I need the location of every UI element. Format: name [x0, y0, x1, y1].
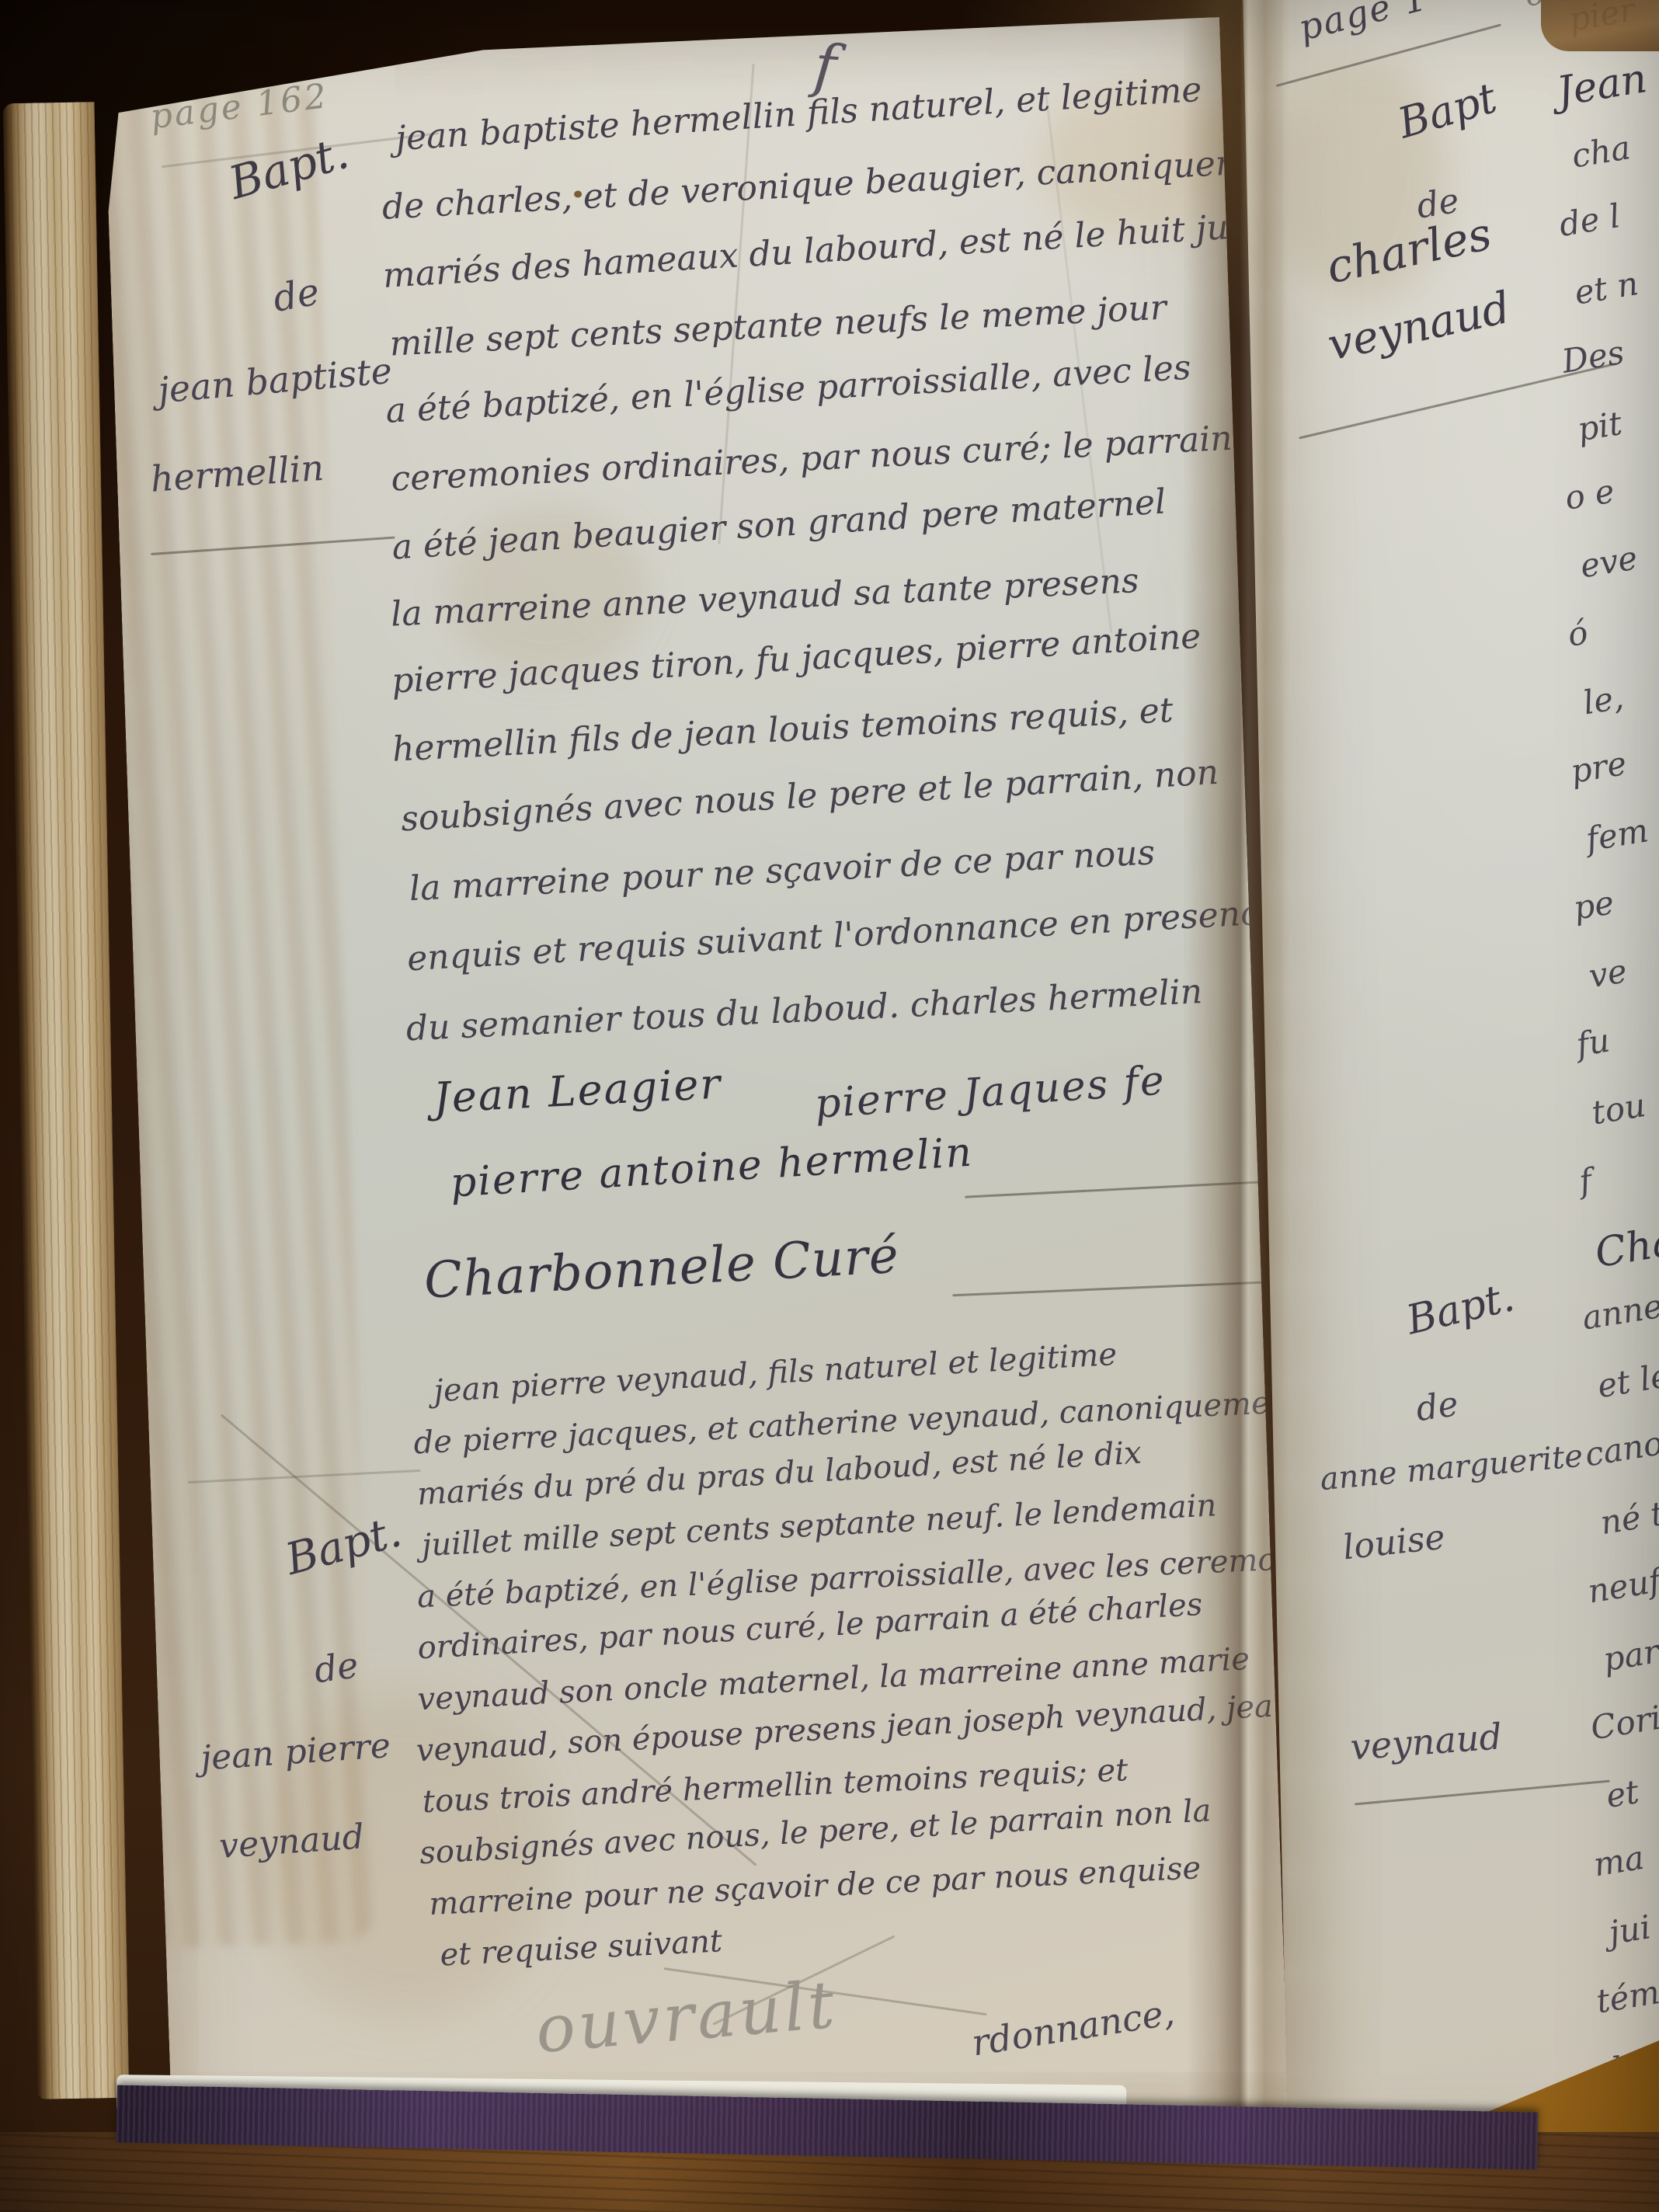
body-text-fragment: Jean: [1553, 48, 1659, 137]
body-text-fragment: pre: [1568, 732, 1659, 820]
margin-label: hermellin: [149, 447, 325, 500]
margin-label: jean pierre: [200, 1726, 392, 1779]
margin-label: jean baptiste: [156, 350, 394, 412]
right-page-body-column: pierJeanchade let nDespito eeveóle,prefe…: [1552, 0, 1659, 2120]
margin-label: de: [1414, 1384, 1461, 1429]
bottom-signature: ouvrault: [533, 1966, 840, 2068]
photo-parish-register-book: page 162 f Bapt. de jean baptiste hermel…: [0, 0, 1659, 2212]
record-line: et requise suivant: [439, 1923, 723, 1973]
signature-flourish-line: [965, 1179, 1289, 1198]
margin-label: veynaud: [1323, 283, 1515, 371]
body-text-fragment: Des: [1560, 322, 1659, 410]
margin-label: veynaud: [218, 1817, 366, 1866]
body-text-fragment: o e: [1562, 458, 1659, 547]
left-page: page 162 f Bapt. de jean baptiste hermel…: [103, 17, 1289, 2162]
signature-flourish-line: [952, 1279, 1289, 1297]
top-flourish-mark: f: [811, 30, 839, 101]
margin-label: Bapt.: [1402, 1274, 1518, 1344]
right-page: page 1 6 e Bapt de charles veynaud Bapt.…: [1243, 0, 1659, 2137]
priest-signature: Charbonnele Curé: [423, 1227, 900, 1310]
page-number: page 1: [1295, 0, 1433, 49]
margin-label: louise: [1341, 1518, 1447, 1568]
record-line: la marreine anne veynaud sa tante presen…: [390, 561, 1139, 635]
margin-label: veynaud: [1349, 1715, 1504, 1768]
book-page-edges: [3, 102, 130, 2099]
margin-label: Bapt: [1393, 73, 1502, 148]
record-line: a été jean beaugier son grand pere mater…: [391, 482, 1167, 568]
record-line: mille sept cents septante neufs le meme …: [389, 288, 1167, 364]
record-line: a été baptizé, en l'église parroissialle…: [384, 348, 1191, 431]
body-text-fragment: pe: [1570, 868, 1659, 957]
body-text-fragment: de l: [1556, 185, 1659, 273]
page-number: page 162: [148, 76, 331, 137]
witness-signature: pierre Jaques fe: [813, 1057, 1167, 1128]
witness-signature: Jean Leagier: [433, 1059, 723, 1123]
margin-rule: [188, 1469, 421, 1483]
record-line: soubsignés avec nous le pere et le parra…: [400, 753, 1219, 840]
record-line: du semanier tous du laboud. charles herm…: [405, 972, 1203, 1049]
body-text-fragment: ó: [1565, 595, 1659, 683]
margin-underline: [1355, 1780, 1610, 1806]
margin-label: charles: [1322, 207, 1496, 294]
background-corner-patch: [1541, 0, 1659, 51]
margin-underline: [151, 537, 395, 555]
margin-label: de: [270, 270, 322, 321]
record-line: pierre jacques tiron, fu jacques, pierre…: [391, 617, 1202, 701]
margin-label: Bapt.: [223, 126, 354, 210]
bottom-text-fragment: rdonnance,: [969, 1991, 1177, 2064]
witness-signature: pierre antoine hermelin: [449, 1129, 974, 1207]
record-line: jean baptiste hermellin fils naturel, et…: [395, 70, 1203, 158]
record-line: enquis et requis suivant l'ordonnance en…: [406, 892, 1281, 979]
record-line: hermellin fils de jean louis temoins req…: [391, 690, 1174, 770]
margin-label: anne marguerite: [1319, 1438, 1584, 1498]
record-line: la marreine pour ne sçavoir de ce par no…: [409, 833, 1156, 909]
margin-label: de: [311, 1643, 361, 1691]
